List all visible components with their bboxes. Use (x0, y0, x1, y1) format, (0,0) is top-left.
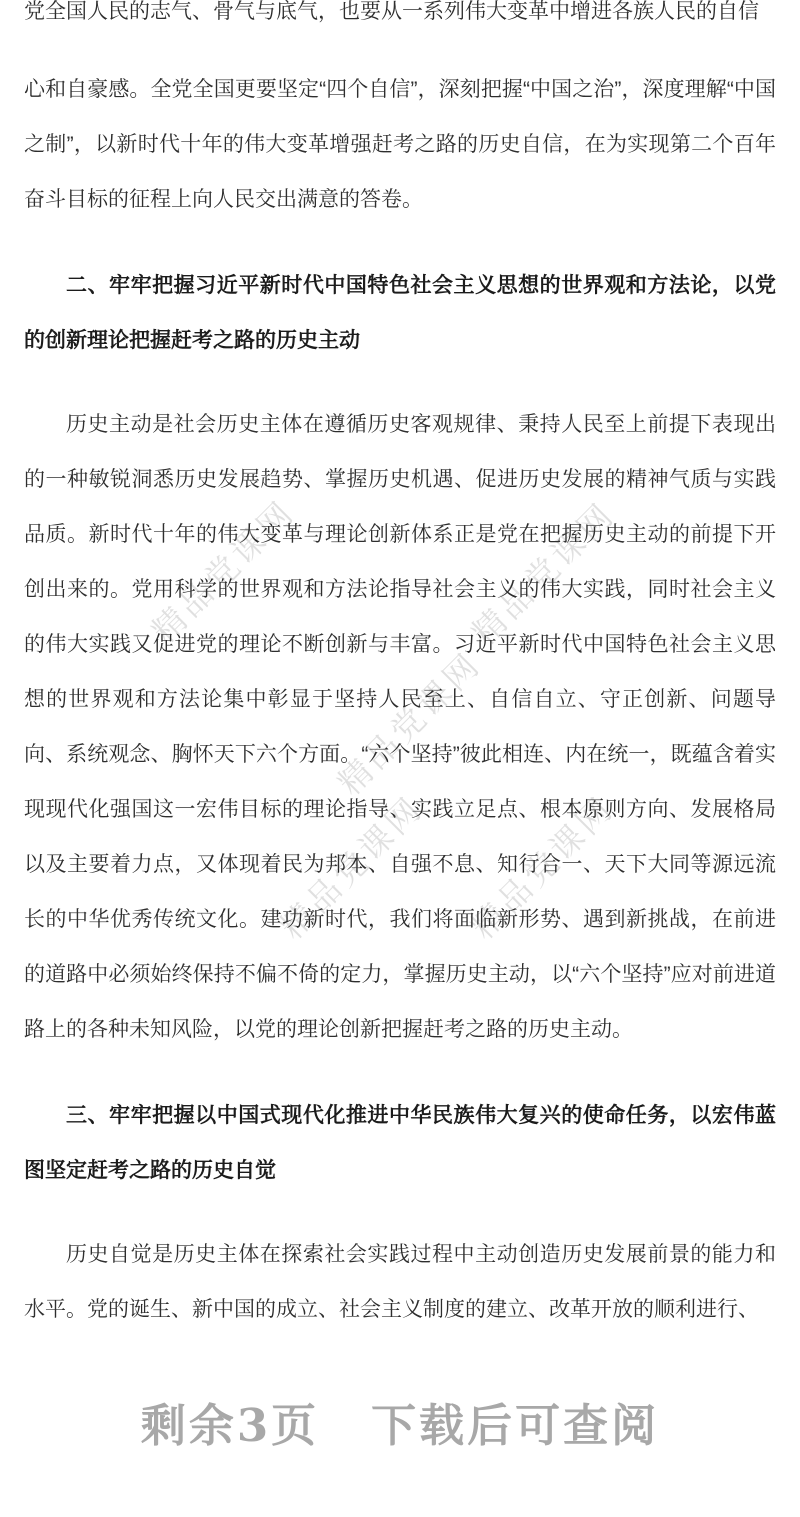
document-body: 党全国人民的志气、骨气与底气，也要从一系列伟大变革中增进各族人民的自信 心和自豪… (24, 0, 776, 1448)
section-heading-3: 三、牢牢把握以中国式现代化推进中华民族伟大复兴的使命任务，以宏伟蓝图坚定赶考之路… (24, 1088, 776, 1198)
section-heading-2: 二、牢牢把握习近平新时代中国特色社会主义思想的世界观和方法论，以党的创新理论把握… (24, 258, 776, 368)
remaining-pages-label: 剩余3页 (141, 1399, 319, 1452)
document-page: 精品党课网精品党课网精品党课网精品党课网精品党课网 党全国人民的志气、骨气与底气… (0, 0, 800, 1517)
preview-footer-notice: 剩余3页下载后可查阅 (24, 1403, 776, 1448)
section-paragraph-2: 历史主动是社会历史主体在遵循历史客观规律、秉持人民至上前提下表现出的一种敏锐洞悉… (24, 397, 776, 1057)
download-hint-label: 下载后可查阅 (371, 1399, 659, 1452)
paragraph-continuation: 心和自豪感。全党全国更要坚定“四个自信”，深刻把握“中国之治”，深度理解“中国之… (24, 62, 776, 227)
paragraph-continuation-first-line: 党全国人民的志气、骨气与底气，也要从一系列伟大变革中增进各族人民的自信 (24, 0, 776, 39)
section-paragraph-3: 历史自觉是历史主体在探索社会实践过程中主动创造历史发展前景的能力和水平。党的诞生… (24, 1227, 776, 1337)
